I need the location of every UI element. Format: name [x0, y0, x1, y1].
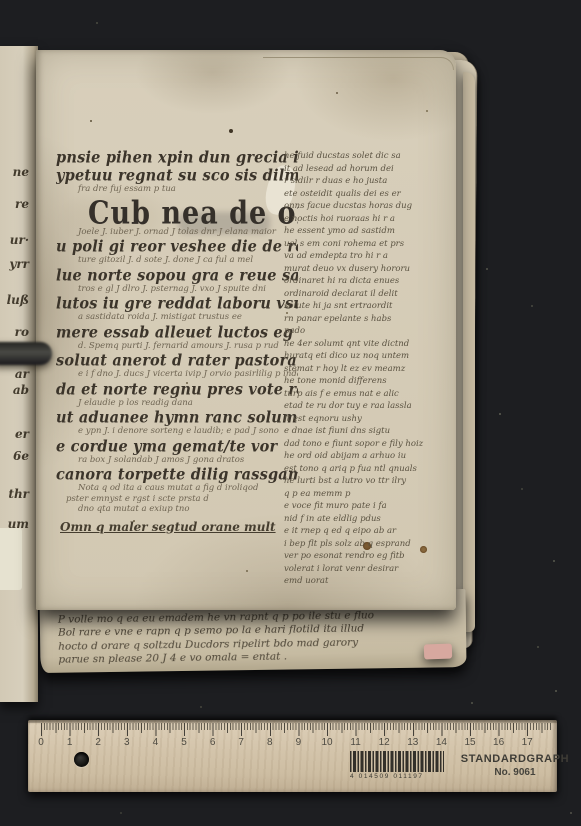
- manuscript-text-line: Nota q od ita a caus mutat a fig d iroli…: [56, 483, 298, 494]
- left-page-word-fragment: re: [15, 198, 29, 210]
- left-page-word-fragment: thr: [8, 488, 29, 500]
- manuscript-text-line: e cordue yma gemat/te vor: [56, 437, 298, 457]
- commentary-line: pado: [284, 325, 460, 338]
- left-facing-page: nereur·yrrlußroaraber6ethrum: [0, 46, 38, 702]
- commentary-line: turp ais f e emus nat e alic: [284, 388, 460, 401]
- manuscript-text-line: lutos iu gre reddat laboru vsu: [56, 294, 298, 314]
- commentary-line: solute hi ja snt ertraordit: [284, 300, 460, 313]
- left-page-word-fragment: er: [15, 428, 29, 440]
- ruler-number: 1: [62, 736, 78, 750]
- ruler-hanging-hole: [74, 752, 89, 767]
- manuscript-text-line: da et norte regnu pres vote reor: [56, 380, 298, 400]
- ruler-number: 10: [319, 736, 335, 750]
- manuscript-text-line: fra dre fuj essam p tua: [56, 184, 298, 195]
- ruler-number: 11: [348, 736, 364, 750]
- manuscript-text-line: ra box J solandab J amos J gona dratos: [56, 455, 298, 466]
- commentary-line: nid f in ate eldlig pdus: [284, 513, 460, 526]
- ruler-number: 14: [433, 736, 449, 750]
- ruler-number: 2: [90, 736, 106, 750]
- commentary-line: q p ea memm p: [284, 488, 460, 501]
- commentary-line: emd uorat: [284, 575, 460, 588]
- manuscript-text-line: J elaudie p los readig dana: [56, 398, 298, 409]
- commentary-line: it ad lesead ad horum dei: [284, 163, 460, 176]
- parchment-specks: [36, 50, 38, 52]
- commentary-line: ordinaret hi ra dicta enues: [284, 275, 460, 288]
- ruler-branding: STANDARDGRAPH No. 9061: [452, 753, 578, 779]
- left-page-word-fragment: ar: [15, 368, 29, 380]
- commentary-line: lt est eqnoru ushy: [284, 413, 460, 426]
- ruler-number: 15: [462, 736, 478, 750]
- commentary-line: r sidilr r duas e ho justa: [284, 175, 460, 188]
- commentary-line: e voce fit muro pate i fa: [284, 500, 460, 513]
- commentary-line: he essent ymo ad sastidm: [284, 225, 460, 238]
- ruler-number: 7: [233, 736, 249, 750]
- pink-leaf-edge: [424, 644, 453, 660]
- left-page-word-fragment: yrr: [9, 258, 29, 270]
- ruler-number: 17: [519, 736, 535, 750]
- ruler-number: 6: [205, 736, 221, 750]
- ruler-cm-numbers: 01234567891011121314151617: [28, 736, 557, 750]
- commentary-line: huratq eti dico uz noq untem: [284, 350, 460, 363]
- left-page-word-fragment: ro: [15, 326, 29, 338]
- manuscript-photo: vnend e in bar qr rnt letal em regan hos…: [0, 0, 581, 826]
- commentary-line: he lurti bst a lutro vo ttr ilry: [284, 475, 460, 488]
- ruler-number: 12: [376, 736, 392, 750]
- main-text-column: pnsie pihen xpin dun grecia iypetuu regn…: [56, 148, 298, 535]
- commentary-line: e noctis hoi ruoraas hi r a: [284, 213, 460, 226]
- commentary-line: ete osteidit qualis dei es er: [284, 188, 460, 201]
- left-page-word-fragment: luß: [7, 294, 29, 306]
- ruler-number: 9: [290, 736, 306, 750]
- ruler-number: 5: [176, 736, 192, 750]
- left-page-word-fragment: 6e: [13, 450, 29, 462]
- ruler-cm-ticks: [41, 723, 551, 736]
- manuscript-text-line: Omn q maler segtud orane mult: [56, 520, 298, 535]
- commentary-line: ordinaroid declarat il delit: [284, 288, 460, 301]
- ruler-model-number: No. 9061: [452, 766, 578, 779]
- commentary-line: e it rnep q ed q eipo ab ar: [284, 525, 460, 538]
- manuscript-text-line: Joele J. iuber J. ornad J tolas dnr J el…: [56, 227, 298, 238]
- manuscript-text-line: soluat anerot d rater pastora: [56, 351, 298, 371]
- marginal-commentary-column: he fuid ducstas solet dic sait ad lesead…: [284, 150, 460, 588]
- ruler-number: 4: [147, 736, 163, 750]
- left-page-word-fragment: ne: [13, 166, 29, 178]
- commentary-line: he 4er solumt qnt vite dictnd: [284, 338, 460, 351]
- manuscript-text-line: e i f dno J. ducs J vicerta ivip J orvio…: [56, 369, 298, 380]
- commentary-line: he tone monid differens: [284, 375, 460, 388]
- commentary-line: uel s em coni rohema et prs: [284, 238, 460, 251]
- commentary-line: e dnae ist fiuni dns sigtu: [284, 425, 460, 438]
- commentary-line: stemat r hoy lt ez ev meamz: [284, 363, 460, 376]
- background-speckles: [0, 0, 2, 2]
- commentary-line: etad te ru dor tuy e raa lassla: [284, 400, 460, 413]
- page-weight-rod: [0, 342, 52, 365]
- ruler-number: 3: [119, 736, 135, 750]
- commentary-line: est tono q ariq p fua ntl qnuals: [284, 463, 460, 476]
- ruler-number: 16: [491, 736, 507, 750]
- main-manuscript-page: pnsie pihen xpin dun grecia iypetuu regn…: [36, 50, 456, 610]
- manuscript-text-line: u poli gi reor veshee die de rob: [56, 237, 298, 257]
- ruler-brand-name: STANDARDGRAPH: [452, 753, 578, 766]
- ruler-number: 0: [33, 736, 49, 750]
- paper-slip: [0, 528, 22, 590]
- left-page-word-fragment: ur·: [10, 234, 29, 246]
- manuscript-text-line: ut aduanee hymn ranc solumq: [56, 408, 298, 428]
- ruler-number: 8: [262, 736, 278, 750]
- commentary-line: ver po esonat rendro eg fitb: [284, 550, 460, 563]
- left-page-word-fragment: um: [8, 518, 29, 530]
- commentary-line: rn panar epelante s habs: [284, 313, 460, 326]
- wooden-ruler: 01234567891011121314151617 4 014509 0111…: [28, 720, 557, 792]
- commentary-line: onns facue ducstas horas dug: [284, 200, 460, 213]
- manuscript-text-line: mere essab alleuet luctos eg: [56, 323, 298, 343]
- manuscript-text-line: ypetuu regnat su sco sis dilme: [56, 166, 298, 186]
- barcode-digits: 4 014509 011197: [350, 773, 444, 781]
- manuscript-text-line: pnsie pihen xpin dun grecia i: [56, 148, 298, 168]
- manuscript-text-line: ture gitozil J. d sote J. done J ca ful …: [56, 255, 298, 266]
- manuscript-text-line: d. Spemq purti J. fernarid amours J. rus…: [56, 341, 298, 352]
- barcode-bars: [350, 751, 444, 772]
- ruler-number: 13: [405, 736, 421, 750]
- page-corner-edge-line: [263, 57, 454, 70]
- manuscript-text-line: e ypn J. i denore sorteng e laudib; e pa…: [56, 426, 298, 437]
- manuscript-text-line: pster emnyst e rgst i scte prsta d: [56, 494, 298, 505]
- commentary-line: va ad emdepta tro hi r a: [284, 250, 460, 263]
- commentary-line: i bep flt pls solz ab q esprand: [284, 538, 460, 551]
- manuscript-text-line: tros e gl J dlro J. psternag J. vxo J sp…: [56, 284, 298, 295]
- commentary-line: he ord oid abijam a arhuo iu: [284, 450, 460, 463]
- commentary-line: dad tono e fiunt sopor e fily hoiz: [284, 438, 460, 451]
- manuscript-text-line: canora torpette dilig rassgamor: [56, 465, 298, 485]
- barcode: 4 014509 011197: [350, 751, 444, 781]
- commentary-line: he fuid ducstas solet dic sa: [284, 150, 460, 163]
- leaf-edge-3: [463, 72, 475, 632]
- manuscript-text-line: lue norte sopou gra e reue sa: [56, 266, 298, 286]
- manuscript-text-line: a sastidata roida J. mistigat trustus ee: [56, 312, 298, 323]
- commentary-line: volerat i lorat venr desirar: [284, 563, 460, 576]
- left-page-word-fragment: ab: [13, 384, 29, 396]
- manuscript-text-line: dno qta mutat a exiup tno: [56, 504, 298, 515]
- commentary-line: murat deuo vx dusery hororu: [284, 263, 460, 276]
